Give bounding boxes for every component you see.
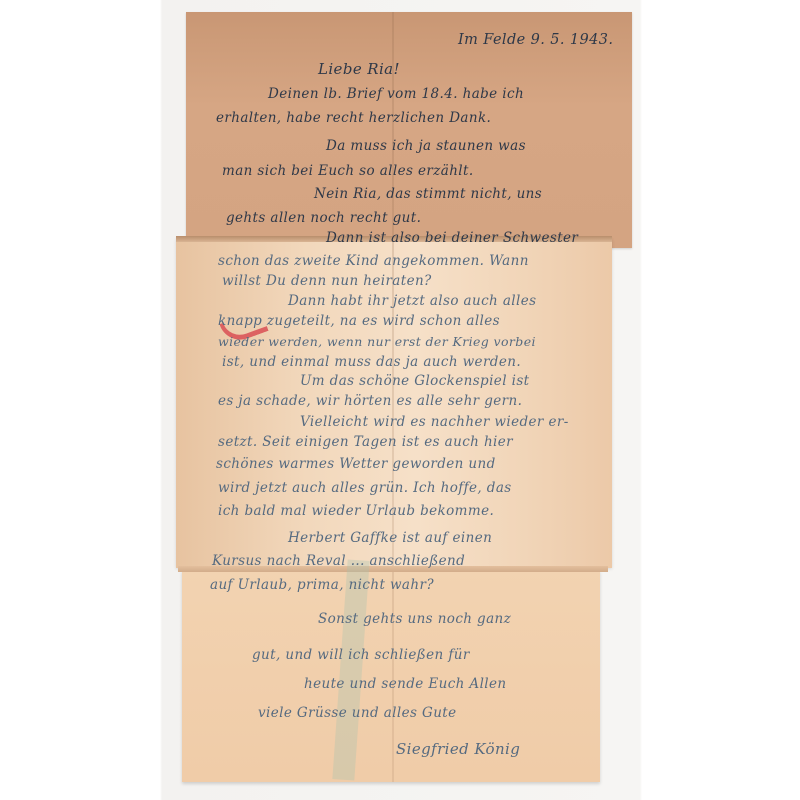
letter-line: viele Grüsse und alles Gute [258,705,457,721]
letter-line: Herbert Gaffke ist auf einen [288,530,492,546]
letter-line: Deinen lb. Brief vom 18.4. habe ich [268,86,524,102]
letter-line: gehts allen noch recht gut. [226,210,421,226]
letter-line: willst Du denn nun heiraten? [222,273,432,289]
letter-line: knapp zugeteilt, na es wird schon alles [218,313,500,329]
letter-line: Dann ist also bei deiner Schwester [326,230,578,246]
letter-line: Um das schöne Glockenspiel ist [300,373,529,389]
letter-line: Dann habt ihr jetzt also auch alles [288,293,536,309]
letter-line: Nein Ria, das stimmt nicht, uns [314,186,542,202]
letter-line: gut, und will ich schließen für [252,647,470,663]
letter-line: schon das zweite Kind angekommen. Wann [218,253,529,269]
letter-line: es ja schade, wir hörten es alle sehr ge… [218,393,522,409]
place-date: Im Felde 9. 5. 1943. [458,32,613,48]
letter-line: Da muss ich ja staunen was [326,138,526,154]
letter-line: heute und sende Euch Allen [304,676,507,692]
letter-line: wird jetzt auch alles grün. Ich hoffe, d… [218,480,512,496]
letter-line: ist, und einmal muss das ja auch werden. [222,354,521,370]
letter-line: Vielleicht wird es nachher wieder er- [300,414,569,430]
letter-line: schönes warmes Wetter geworden und [216,456,496,472]
letter-line: setzt. Seit einigen Tagen ist es auch hi… [218,434,513,450]
salutation: Liebe Ria! [318,60,400,78]
letter-line: Kursus nach Reval ... anschließend [212,553,465,569]
letter-line: auf Urlaub, prima, nicht wahr? [210,577,434,593]
letter-line: Sonst gehts uns noch ganz [318,611,511,627]
letter-line: wieder werden, wenn nur erst der Krieg v… [218,334,536,349]
signature: Siegfried König [396,740,520,758]
letter-line: erhalten, habe recht herzlichen Dank. [216,110,491,126]
letter-line: ich bald mal wieder Urlaub bekomme. [218,503,494,519]
letter-line: man sich bei Euch so alles erzählt. [222,163,474,179]
